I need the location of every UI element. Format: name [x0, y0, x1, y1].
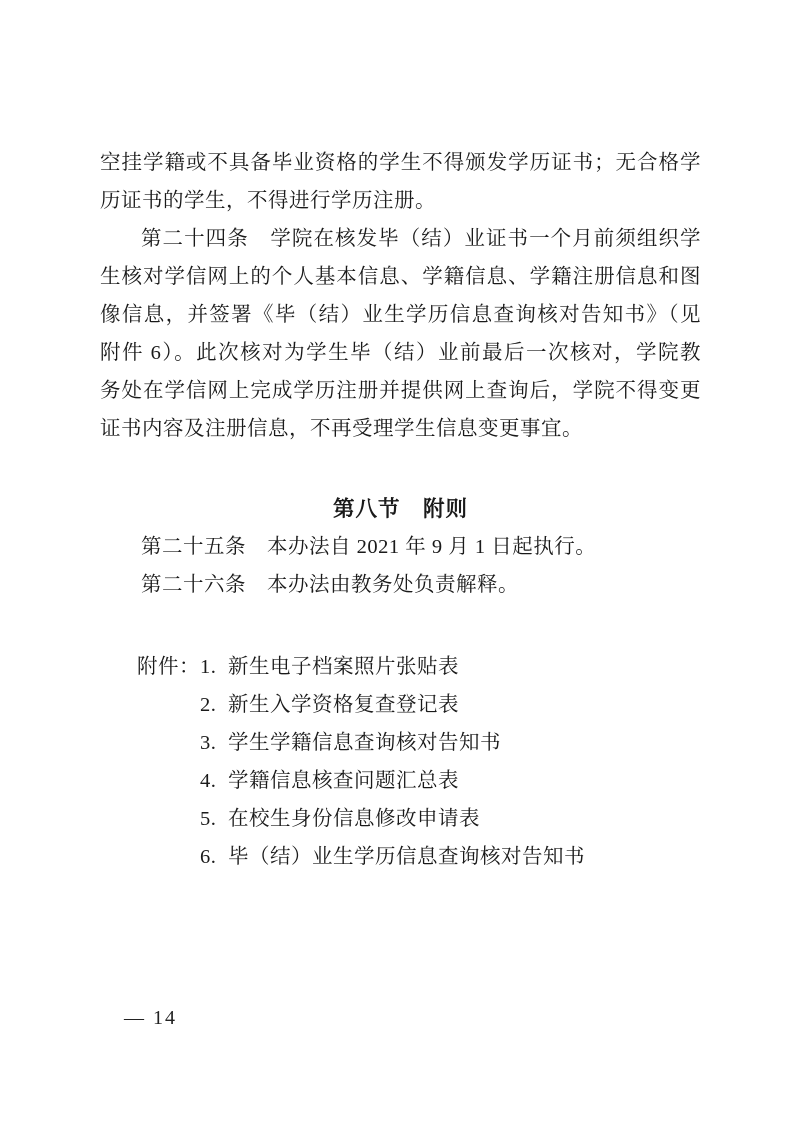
attachment-title: 新生入学资格复查登记表	[228, 694, 459, 716]
attachment-title: 在校生身份信息修改申请表	[228, 808, 480, 830]
attachment-entry: 5.在校生身份信息修改申请表	[200, 800, 480, 838]
attachment-title: 新生电子档案照片张贴表	[228, 656, 459, 678]
attachment-number: 6.	[200, 838, 228, 876]
attachment-number: 1.	[200, 648, 228, 686]
attachment-title: 毕（结）业生学历信息查询核对告知书	[228, 846, 585, 868]
document-page: 空挂学籍或不具备毕业资格的学生不得颁发学历证书；无合格学 历证书的学生，不得进行…	[0, 0, 794, 1122]
article-24-line: 附件 6）。此次核对为学生毕（结）业前最后一次核对，学院教	[100, 334, 701, 372]
attachment-number: 3.	[200, 724, 228, 762]
body-line: 历证书的学生，不得进行学历注册。	[100, 182, 701, 220]
article-24-line: 像信息，并签署《毕（结）业生学历信息查询核对告知书》（见	[100, 296, 701, 334]
attachment-entry: 4.学籍信息核查问题汇总表	[200, 762, 459, 800]
attachments-label: 附件：	[137, 648, 200, 686]
article-24-line: 务处在学信网上完成学历注册并提供网上查询后，学院不得变更	[100, 372, 701, 410]
attachment-item: 6.毕（结）业生学历信息查询核对告知书	[100, 838, 701, 876]
attachment-number: 5.	[200, 800, 228, 838]
article-24-line: 第二十四条 学院在核发毕（结）业证书一个月前须组织学	[100, 220, 701, 258]
attachment-number: 2.	[200, 686, 228, 724]
document-body: 空挂学籍或不具备毕业资格的学生不得颁发学历证书；无合格学 历证书的学生，不得进行…	[100, 144, 701, 876]
attachment-entry: 1.新生电子档案照片张贴表	[200, 648, 459, 686]
article-24-line: 证书内容及注册信息，不再受理学生信息变更事宜。	[100, 410, 701, 448]
attachment-item: 2.新生入学资格复查登记表	[100, 686, 701, 724]
attachment-number: 4.	[200, 762, 228, 800]
article-24-line: 生核对学信网上的个人基本信息、学籍信息、学籍注册信息和图	[100, 258, 701, 296]
attachments-list: 附件： 1.新生电子档案照片张贴表 2.新生入学资格复查登记表 3.学生学籍信息…	[100, 648, 701, 876]
section-heading: 第八节 附则	[100, 490, 701, 528]
page-number: — 14	[124, 1005, 177, 1031]
attachment-title: 学生学籍信息查询核对告知书	[228, 732, 501, 754]
article-25: 第二十五条 本办法自 2021 年 9 月 1 日起执行。	[100, 528, 701, 566]
article-26: 第二十六条 本办法由教务处负责解释。	[100, 566, 701, 604]
body-line: 空挂学籍或不具备毕业资格的学生不得颁发学历证书；无合格学	[100, 144, 701, 182]
attachment-item: 5.在校生身份信息修改申请表	[100, 800, 701, 838]
attachment-title: 学籍信息核查问题汇总表	[228, 770, 459, 792]
attachment-item: 附件： 1.新生电子档案照片张贴表	[100, 648, 701, 686]
attachment-entry: 6.毕（结）业生学历信息查询核对告知书	[200, 838, 585, 876]
attachment-entry: 3.学生学籍信息查询核对告知书	[200, 724, 501, 762]
attachment-entry: 2.新生入学资格复查登记表	[200, 686, 459, 724]
attachment-item: 4.学籍信息核查问题汇总表	[100, 762, 701, 800]
attachment-item: 3.学生学籍信息查询核对告知书	[100, 724, 701, 762]
